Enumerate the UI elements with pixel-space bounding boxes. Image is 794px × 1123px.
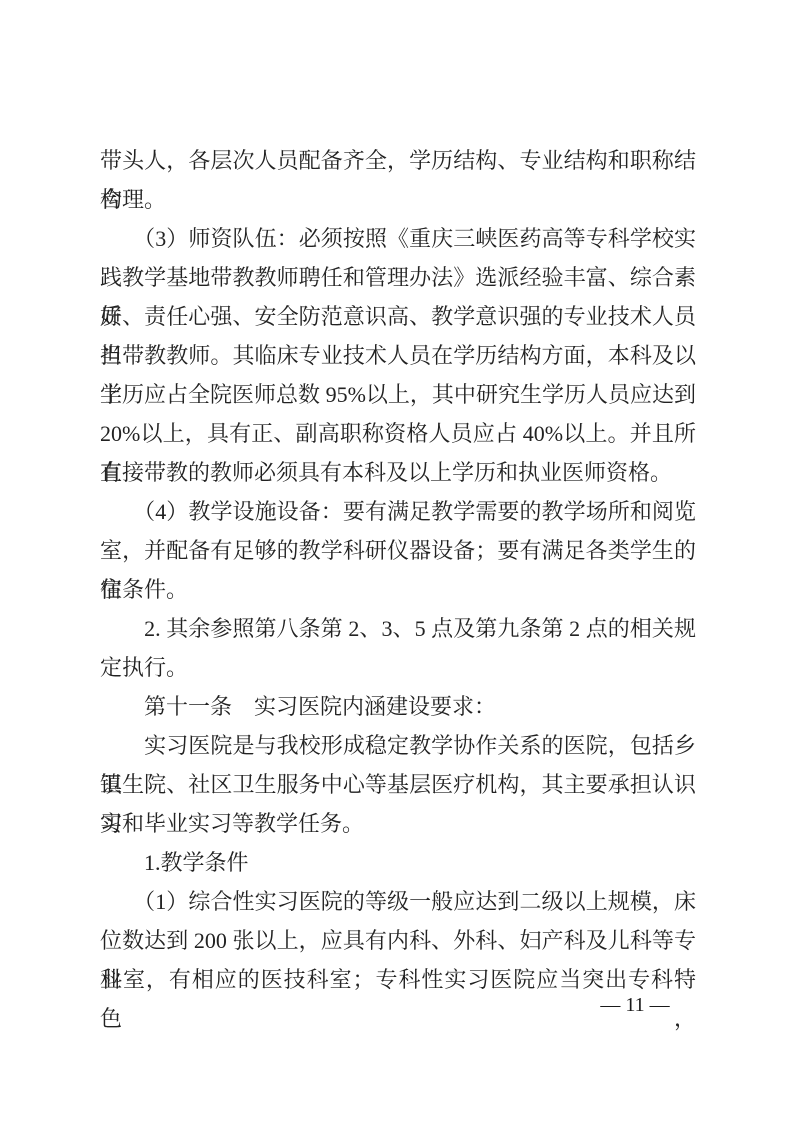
text-line: 位数达到 200 张以上，应具有内科、外科、妇产科及儿科等专业 xyxy=(100,921,696,960)
text-line: 20%以上，具有正、副高职称资格人员应占 40%以上。并且所有 xyxy=(100,414,696,453)
text-line: 带头人，各层次人员配备齐全，学历结构、专业结构和职称结构 xyxy=(100,141,696,180)
document-page: 带头人，各层次人员配备齐全，学历结构、专业结构和职称结构合理。 （3）师资队伍：… xyxy=(0,0,794,1123)
text-line: 好、责任心强、安全防范意识高、教学意识强的专业技术人员担 xyxy=(100,297,696,336)
text-line: （4）教学设施设备：要有满足教学需要的教学场所和阅览 xyxy=(100,492,696,531)
text-line: 践教学基地带教教师聘任和管理办法》选派经验丰富、综合素质 xyxy=(100,258,696,297)
text-line: 卫生院、社区卫生服务中心等基层医疗机构，其主要承担认识实 xyxy=(100,765,696,804)
text-line: 1.教学条件 xyxy=(100,843,696,882)
text-line: 第十一条 实习医院内涵建设要求： xyxy=(100,687,696,726)
text-line: 宿条件。 xyxy=(100,570,696,609)
text-line: 当带教教师。其临床专业技术人员在学历结构方面，本科及以上 xyxy=(100,336,696,375)
text-line: 习和毕业实习等教学任务。 xyxy=(100,804,696,843)
text-line: （1）综合性实习医院的等级一般应达到二级以上规模，床 xyxy=(100,882,696,921)
text-line: 定执行。 xyxy=(100,648,696,687)
text-line: 室，并配备有足够的教学科研仪器设备；要有满足各类学生的住 xyxy=(100,531,696,570)
text-line: 实习医院是与我校形成稳定教学协作关系的医院，包括乡镇 xyxy=(100,726,696,765)
text-line: 学历应占全院医师总数 95%以上，其中研究生学历人员应达到 xyxy=(100,375,696,414)
text-line: 直接带教的教师必须具有本科及以上学历和执业医师资格。 xyxy=(100,453,696,492)
text-line: 合理。 xyxy=(100,180,696,219)
page-number: — 11 — xyxy=(560,991,710,1019)
document-body: 带头人，各层次人员配备齐全，学历结构、专业结构和职称结构合理。 （3）师资队伍：… xyxy=(100,141,696,999)
text-line: （3）师资队伍：必须按照《重庆三峡医药高等专科学校实 xyxy=(100,219,696,258)
text-line: 2. 其余参照第八条第 2、3、5 点及第九条第 2 点的相关规 xyxy=(100,609,696,648)
